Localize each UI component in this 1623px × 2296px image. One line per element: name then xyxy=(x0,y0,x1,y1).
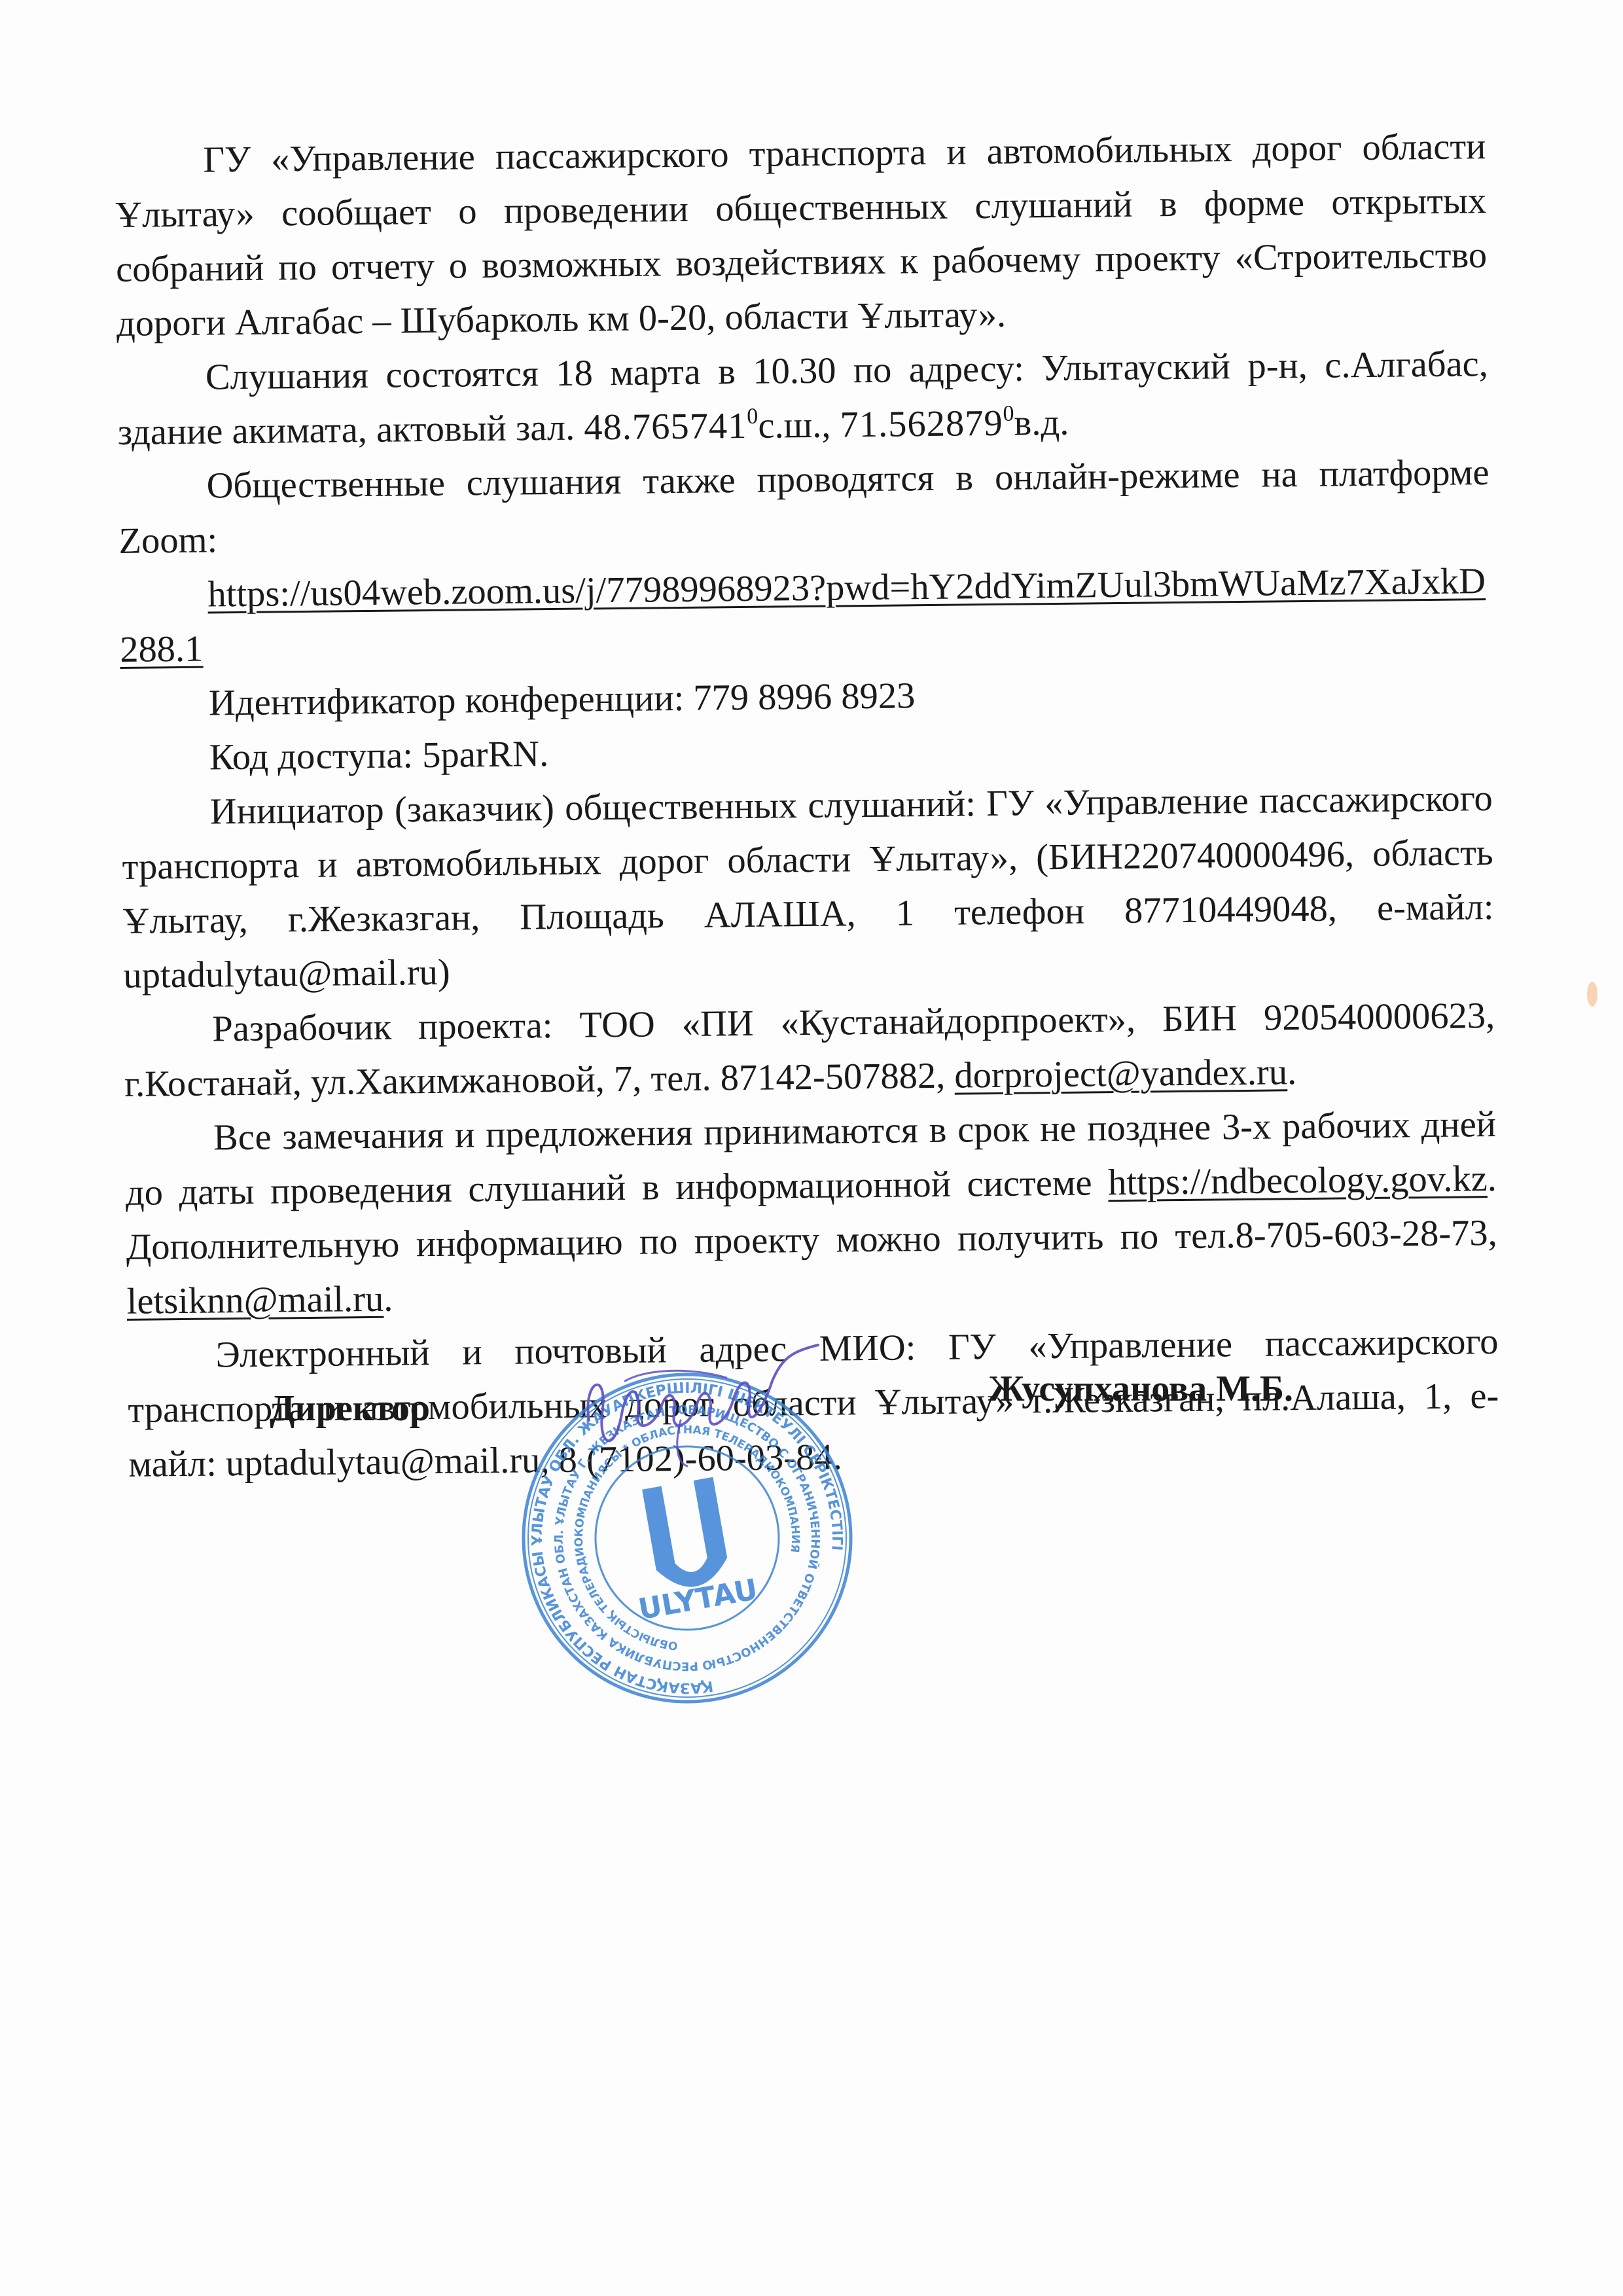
degree-mark: 0 xyxy=(1003,402,1014,426)
announcement-text: ГУ «Управление пассажирского транспорта … xyxy=(115,126,1487,344)
paragraph-remarks: Все замечания и предложения принимаются … xyxy=(125,1098,1498,1329)
online-text: Общественные слушания также проводятся в… xyxy=(118,452,1489,562)
document-body: ГУ «Управление пассажирского транспорта … xyxy=(115,120,1500,1492)
zoom-link[interactable]: https://us04web.zoom.us/j/77989968923?pw… xyxy=(120,561,1486,670)
paragraph-hearing-location: Слушания состоятся 18 марта в 10.30 по а… xyxy=(116,337,1489,460)
paragraph-developer: Разрабочик проекта: ТОО «ПИ «Кустанайдор… xyxy=(124,989,1496,1112)
remarks-suffix: . xyxy=(383,1279,393,1319)
latitude-value: 48.765741 xyxy=(584,406,747,448)
degree-mark: 0 xyxy=(747,404,758,429)
access-code-label: Код доступа: xyxy=(209,735,414,778)
signatory-name: Жусупханова М.Б. xyxy=(988,1368,1293,1410)
document-page: ГУ «Управление пассажирского транспорта … xyxy=(0,0,1623,2296)
longitude-suffix: в.д. xyxy=(1014,403,1069,444)
latitude-suffix: с.ш., xyxy=(758,405,831,446)
handwritten-signature-icon xyxy=(563,1342,825,1473)
paragraph-initiator: Инициатор (заказчик) общественных слушан… xyxy=(121,772,1494,1003)
longitude-value: 71.562879 xyxy=(840,403,1003,446)
ndbecology-link[interactable]: https://ndbecology.gov.kz xyxy=(1108,1158,1488,1203)
initiator-text: Инициатор (заказчик) общественных слушан… xyxy=(122,778,1493,996)
developer-suffix: . xyxy=(1287,1052,1297,1092)
remarks-email-link[interactable]: letsiknn@mail.ru xyxy=(126,1279,383,1322)
scan-artifact xyxy=(1587,982,1597,1007)
conference-id-label: Идентификатор конференции: xyxy=(209,678,685,724)
developer-email-link[interactable]: dorproject@yandex.ru xyxy=(954,1052,1287,1096)
paragraph-announcement: ГУ «Управление пассажирского транспорта … xyxy=(115,120,1488,351)
paragraph-online: Общественные слушания также проводятся в… xyxy=(118,446,1490,569)
zoom-link-block: https://us04web.zoom.us/j/77989968923?pw… xyxy=(119,554,1491,677)
signatory-position: Директор xyxy=(270,1388,430,1429)
conference-id-value: 779 8996 8923 xyxy=(693,675,916,719)
access-code-value: 5parRN. xyxy=(422,734,549,776)
